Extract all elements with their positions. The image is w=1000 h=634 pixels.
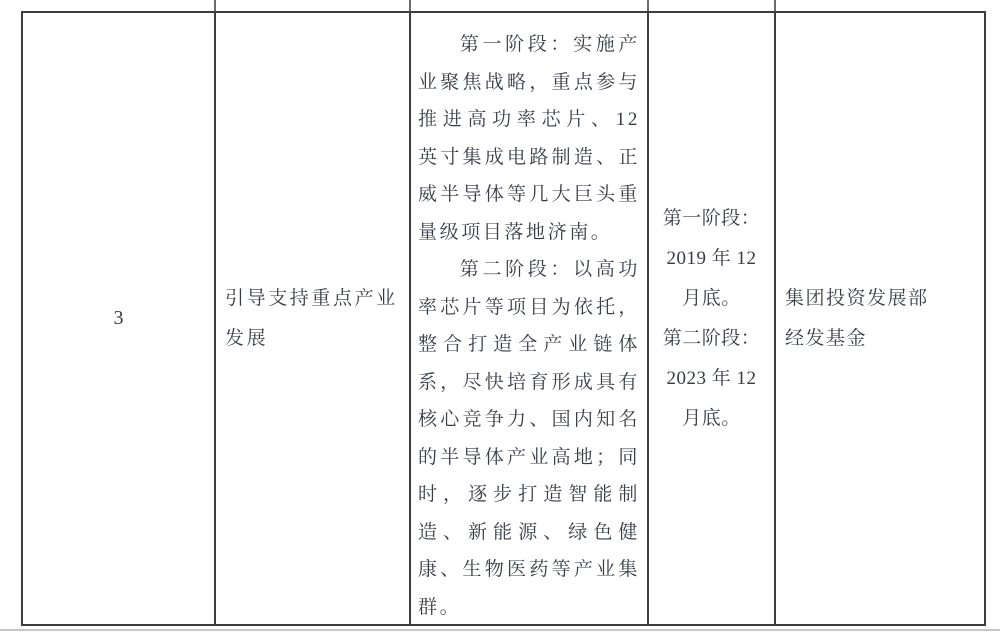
table-continuation-stub — [409, 0, 411, 11]
responsible-dept-line1: 集团投资发展部 — [785, 279, 984, 319]
timeline-stage1-date: 2019 年 12 — [649, 239, 774, 279]
cell-responsible-dept: 集团投资发展部 经发基金 — [776, 13, 984, 624]
cell-timeline: 第一阶段： 2019 年 12 月底。 第二阶段： 2023 年 12 月底。 — [649, 13, 776, 624]
table-continuation-stub — [647, 0, 649, 11]
measures-paragraph-stage1: 第一阶段：实施产业聚焦战略，重点参与推进高功率芯片、12 英寸集成电路制造、正威… — [418, 26, 640, 251]
cell-measures: 第一阶段：实施产业聚焦战略，重点参与推进高功率芯片、12 英寸集成电路制造、正威… — [411, 13, 649, 624]
cell-project-name: 引导支持重点产业发展 — [216, 13, 411, 624]
row-index-value: 3 — [114, 307, 124, 330]
table-continuation-stub — [774, 0, 776, 11]
table-continuation-line — [0, 629, 1000, 631]
timeline-stage2-date: 2023 年 12 — [649, 359, 774, 399]
measures-paragraph-stage2: 第二阶段：以高功率芯片等项目为依托，整合打造全产业链体系，尽快培育形成具有核心竞… — [418, 251, 640, 626]
table-continuation-stub — [214, 0, 216, 11]
responsible-dept-line2: 经发基金 — [785, 319, 984, 359]
timeline-stage1-label: 第一阶段： — [649, 199, 774, 239]
timeline-stage2-date-suffix: 月底。 — [649, 399, 774, 439]
document-table-row: 3 引导支持重点产业发展 第一阶段：实施产业聚焦战略，重点参与推进高功率芯片、1… — [21, 11, 986, 626]
cell-row-index: 3 — [23, 13, 216, 624]
project-name-text: 引导支持重点产业发展 — [225, 279, 403, 359]
timeline-stage2-label: 第二阶段： — [649, 319, 774, 359]
timeline-stage1-date-suffix: 月底。 — [649, 279, 774, 319]
